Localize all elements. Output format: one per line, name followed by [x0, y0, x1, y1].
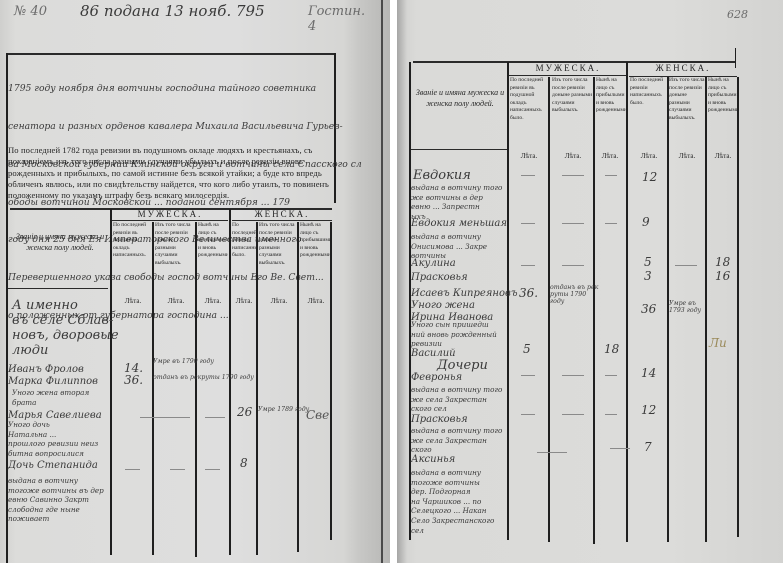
subcol-header: По последней ревизіи написанныхъ было.	[232, 222, 256, 272]
header-file-number: № 40	[14, 4, 47, 19]
column-divider	[110, 209, 112, 555]
unit-label: Лѣта.	[114, 297, 152, 305]
column-divider	[297, 222, 299, 552]
subcol-header: По последней ревизіи въ подушной окладъ …	[510, 77, 548, 127]
entry-note: выдана в вотчину того же вотчины в дер е…	[411, 183, 502, 221]
column-divider	[507, 62, 509, 540]
group-header-female: ЖЕНСКА.	[232, 209, 332, 219]
subcol-header: Изъ того числа после ревизіи доныне разн…	[259, 222, 297, 284]
subcol-header: Нынѣ на лицо съ прибылыми и вновь рожден…	[708, 77, 738, 135]
male-rev-age: 5	[523, 342, 531, 356]
entry-name: Февронья	[411, 372, 462, 384]
empty-dash	[537, 452, 567, 453]
male-rev-age: 36.	[519, 286, 538, 300]
page-gutter	[390, 0, 397, 563]
empty-dash	[521, 375, 535, 376]
empty-dash	[521, 414, 535, 415]
male-rev-age: 36.	[124, 373, 143, 387]
entry-name: Марка Филиппов	[8, 376, 98, 388]
unit-label: Лѣта.	[595, 152, 625, 160]
male-now-age: 18	[604, 342, 619, 356]
column-divider	[626, 62, 628, 542]
entry-name: Прасковья	[411, 414, 468, 426]
name-column-header: Званіе и имяна мужеска и женска полу люд…	[12, 232, 108, 253]
printed-intro: По последней 1782 года ревизии въ подушн…	[8, 145, 336, 201]
unit-label: Лѣта.	[631, 152, 667, 160]
column-divider	[195, 222, 197, 557]
unit-label: Лѣта.	[198, 297, 228, 305]
page-edge	[381, 0, 383, 563]
female-rev-age: 5	[644, 255, 652, 269]
female-rev-age: 12	[642, 170, 657, 184]
unit-label: Лѣта.	[302, 297, 330, 305]
column-divider	[152, 222, 154, 555]
entry-note: выдана в вотчину того же села Закрестан …	[411, 385, 502, 414]
female-rev-age: 9	[642, 215, 650, 229]
column-divider	[256, 222, 258, 555]
group-header-male: МУЖЕСКА.	[509, 63, 627, 73]
right-page: 628 Званіе и имяна мужеска и женска полу…	[397, 0, 783, 563]
page-number: 628	[727, 8, 748, 21]
subcol-header: Изъ того числа после ревизіи доныне разн…	[155, 222, 195, 272]
empty-dash	[205, 469, 220, 470]
female-rev-age: 36	[641, 302, 656, 316]
female-note: Умре въ 1793 году	[669, 300, 701, 314]
left-page-header: № 40 86 подана 13 нояб. 795 Гостин. 4	[8, 2, 368, 22]
female-rev-age: 8	[240, 456, 248, 470]
empty-dash	[562, 375, 584, 376]
entry-note: выдана в вотчину тогоже вотчины въ дер е…	[8, 476, 104, 524]
intro-line: 1795 году ноября дня вотчины господина т…	[8, 83, 334, 96]
female-now-age: 16	[715, 269, 730, 283]
group-header-male: МУЖЕСКА.	[112, 209, 228, 219]
female-rev-age: 3	[644, 269, 652, 283]
subcol-header: Нынѣ на лицо съ прибывшими и вновь рожде…	[300, 222, 330, 280]
header-right-note: Гостин. 4	[308, 4, 368, 34]
male-note: Умре въ 1790 году	[153, 358, 214, 365]
entry-name: Акулина	[411, 258, 456, 270]
empty-dash	[170, 469, 185, 470]
entry-name: Прасковья	[411, 272, 468, 284]
group-header-female: ЖЕНСКА.	[629, 63, 737, 73]
male-group-rule	[112, 220, 228, 221]
empty-dash	[605, 375, 617, 376]
entry-name: Иванъ Фролов	[8, 364, 84, 376]
female-rev-age: 7	[644, 440, 652, 454]
empty-dash	[521, 265, 535, 266]
column-divider	[548, 77, 550, 542]
female-now-age: 18	[715, 255, 730, 269]
entry-note: Уного дочь Натальна ... прошлого ревизии…	[8, 420, 98, 458]
binding-shadow	[397, 0, 407, 563]
column-divider	[330, 222, 332, 540]
female-rev-age: 26	[237, 405, 252, 419]
entry-name: Евдокия	[413, 168, 471, 183]
unit-label: Лѣта.	[709, 152, 737, 160]
header-submission-note: 86 подана 13 нояб. 795	[80, 2, 265, 20]
empty-dash	[605, 414, 617, 415]
entry-note: Уного сын пришедш ний вновь рожденный ре…	[411, 320, 497, 349]
entry-name: Аксинья	[411, 454, 455, 466]
female-rev-age: 14	[641, 366, 656, 380]
subcol-header: Нынѣ на лицо съ прибывшими и вновь рожде…	[198, 222, 228, 280]
empty-dash	[562, 223, 584, 224]
subcol-header: По последней ревизіи въ подушной окладъ …	[113, 222, 151, 272]
unit-label: Лѣта.	[232, 297, 256, 305]
female-now-mark: Ли	[709, 336, 727, 350]
entry-name: Исаевъ Кипреяновъ	[411, 288, 518, 300]
unit-label: Лѣта.	[260, 297, 298, 305]
column-divider	[229, 209, 231, 555]
female-group-rule	[232, 220, 332, 221]
empty-dash	[125, 469, 140, 470]
entry-heading: А именно въ селе Сблав- новъ, дворовые л…	[12, 298, 119, 358]
female-rev-age: 12	[641, 403, 656, 417]
empty-dash	[521, 223, 535, 224]
female-now: Све	[306, 408, 329, 422]
intro-line: сенатора и разных орденов кавалера Михаи…	[8, 121, 334, 134]
entry-heading: Дочери	[437, 358, 488, 373]
top-rule	[8, 53, 334, 55]
empty-dash	[562, 175, 584, 176]
male-group-rule	[509, 75, 627, 76]
unit-label: Лѣта.	[553, 152, 593, 160]
subcol-header: Изъ того числа после ревизіи доныне разн…	[669, 77, 705, 143]
subcol-header: Нынѣ на лицо съ прибылыми и вновь рожден…	[596, 77, 626, 135]
column-divider	[705, 77, 707, 542]
empty-dash	[562, 265, 584, 266]
empty-dash	[605, 223, 617, 224]
male-note: отданъ въ рекруты 1790 году	[153, 374, 254, 381]
empty-dash	[205, 417, 225, 418]
female-note: Умре 1789 году	[258, 406, 309, 413]
empty-dash	[140, 417, 190, 418]
unit-label: Лѣта.	[511, 152, 547, 160]
empty-dash	[610, 448, 630, 449]
name-header-rule	[8, 288, 108, 289]
name-header-rule	[411, 149, 507, 150]
left-page: № 40 86 подана 13 нояб. 795 Гостин. 4 17…	[0, 0, 390, 563]
unit-label: Лѣта.	[156, 297, 196, 305]
subcol-header: По последней ревизіи написанныхъ было.	[630, 77, 666, 127]
entry-note: выдана в вотчину Онисимова ... Закре вот…	[411, 232, 487, 261]
empty-dash	[675, 265, 697, 266]
empty-dash	[521, 175, 535, 176]
unit-label: Лѣта.	[669, 152, 705, 160]
column-divider	[737, 77, 739, 537]
entry-name: Дочь Степанида	[8, 460, 98, 472]
column-divider	[593, 77, 595, 544]
empty-dash	[562, 414, 584, 415]
name-column-header: Званіе и имяна мужеска и женска полу люд…	[415, 88, 505, 109]
empty-dash	[605, 175, 617, 176]
subcol-header: Изъ того числа после ревизіи доныне разн…	[552, 77, 594, 127]
entry-note: Уного жена вторая брата	[12, 388, 89, 407]
male-note: отданъ въ рек руты 1790 году	[550, 284, 598, 305]
entry-note: выдана в вотчину тогоже вотчины дер. Под…	[411, 468, 494, 535]
entry-name: Евдокия меньшая	[411, 218, 507, 230]
entry-note: выдана в вотчину того же села Закрестан …	[411, 426, 502, 455]
